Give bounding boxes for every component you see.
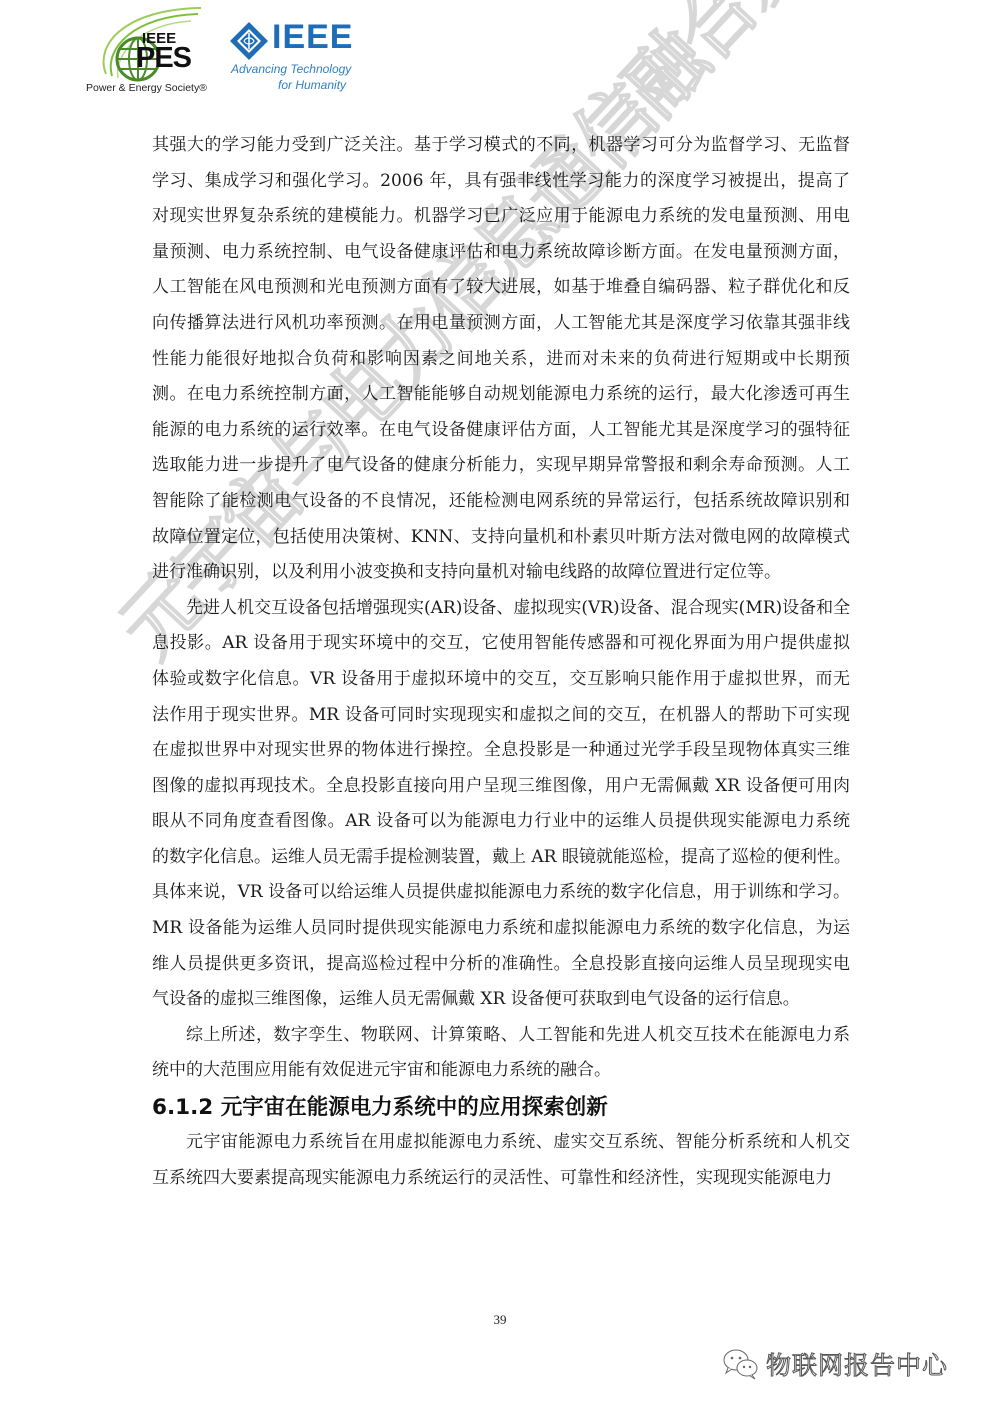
ieee-tagline-2: for Humanity <box>278 78 346 92</box>
paragraph-hci-devices: 先进人机交互设备包括增强现实(AR)设备、虚拟现实(VR)设备、混合现实(MR)… <box>152 591 850 1018</box>
text-line: 统中的大范围应用能有效促进元宇宙和能源电力系统的融合。 <box>152 1053 850 1089</box>
text-line: 眼从不同角度查看图像。AR 设备可以为能源电力行业中的运维人员提供现实能源电力系… <box>152 804 850 840</box>
text-line: 具体来说，VR 设备可以给运维人员提供虚拟能源电力系统的数字化信息，用于训练和学… <box>152 875 850 911</box>
pes-logo-pes-text: PES <box>136 42 191 75</box>
text-line: 选取能力进一步提升了电气设备的健康分析能力，实现早期异常警报和剩余寿命预测。人工 <box>152 448 850 484</box>
section-heading: 6.1.2 元宇宙在能源电力系统中的应用探索创新 <box>152 1091 850 1125</box>
footer-brand-label: 物联网报告中心 <box>766 1346 948 1382</box>
text-line: 对现实世界复杂系统的建模能力。机器学习已广泛应用于能源电力系统的发电量预测、用电 <box>152 199 850 235</box>
text-line: 的数字化信息。运维人员无需手提检测装置，戴上 AR 眼镜就能巡检，提高了巡检的便… <box>152 840 850 876</box>
text-line: 图像的虚拟再现技术。全息投影直接向用户呈现三维图像，用户无需佩戴 XR 设备便可… <box>152 769 850 805</box>
text-line: 故障位置定位，包括使用决策树、KNN、支持向量机和朴素贝叶斯方法对微电网的故障模… <box>152 520 850 556</box>
text-line: 学习、集成学习和强化学习。2006 年，具有强非线性学习能力的深度学习被提出，提… <box>152 164 850 200</box>
ieee-logo-word: IEEE <box>272 18 353 57</box>
document-body: 其强大的学习能力受到广泛关注。基于学习模式的不同，机器学习可分为监督学习、无监督… <box>152 128 850 1196</box>
wechat-icon <box>722 1348 760 1380</box>
text-line: 体验或数字化信息。VR 设备用于虚拟环境中的交互，交互影响只能作用于虚拟世界，而… <box>152 662 850 698</box>
text-line: 综上所述，数字孪生、物联网、计算策略、人工智能和先进人机交互技术在能源电力系 <box>152 1018 850 1054</box>
text-line: 法作用于现实世界。MR 设备可同时实现现实和虚拟之间的交互，在机器人的帮助下可实… <box>152 698 850 734</box>
paragraph-machine-learning: 其强大的学习能力受到广泛关注。基于学习模式的不同，机器学习可分为监督学习、无监督… <box>152 128 850 591</box>
text-line: 元宇宙能源电力系统旨在用虚拟能源电力系统、虚实交互系统、智能分析系统和人机交 <box>152 1125 850 1161</box>
text-line: 息投影。AR 设备用于现实环境中的交互，它使用智能传感器和可视化界面为用户提供虚… <box>152 626 850 662</box>
text-line: 向传播算法进行风机功率预测。在用电量预测方面，人工智能尤其是深度学习依靠其强非线 <box>152 306 850 342</box>
text-line: 量预测、电力系统控制、电气设备健康评估和电力系统故障诊断方面。在发电量预测方面， <box>152 235 850 271</box>
text-line: 测。在电力系统控制方面，人工智能能够自动规划能源电力系统的运行，最大化渗透可再生 <box>152 377 850 413</box>
text-line: 能源的电力系统的运行效率。在电气设备健康评估方面，人工智能尤其是深度学习的强特征 <box>152 413 850 449</box>
ieee-diamond-icon <box>228 20 270 62</box>
text-line: 进行准确识别，以及利用小波变换和支持向量机对输电线路的故障位置进行定位等。 <box>152 555 850 591</box>
text-line: 维人员提供更多资讯，提高巡检过程中分析的准确性。全息投影直接向运维人员呈现现实电 <box>152 947 850 983</box>
paragraph-section-intro: 元宇宙能源电力系统旨在用虚拟能源电力系统、虚实交互系统、智能分析系统和人机交互系… <box>152 1125 850 1196</box>
ieee-pes-logo: IEEE PES Power & Energy Society® <box>86 4 221 99</box>
ieee-tagline-1: Advancing Technology <box>231 62 351 76</box>
pes-logo-society-text: Power & Energy Society® <box>86 82 207 94</box>
text-line: 互系统四大要素提高现实能源电力系统运行的灵活性、可靠性和经济性，实现现实能源电力 <box>152 1161 850 1197</box>
text-line: 先进人机交互设备包括增强现实(AR)设备、虚拟现实(VR)设备、混合现实(MR)… <box>152 591 850 627</box>
paragraph-summary: 综上所述，数字孪生、物联网、计算策略、人工智能和先进人机交互技术在能源电力系统中… <box>152 1018 850 1089</box>
footer-brand: 物联网报告中心 <box>722 1346 948 1382</box>
text-line: 性能力能很好地拟合负荷和影响因素之间地关系，进而对未来的负荷进行短期或中长期预 <box>152 342 850 378</box>
text-line: 人工智能在风电预测和光电预测方面有了较大进展，如基于堆叠自编码器、粒子群优化和反 <box>152 270 850 306</box>
text-line: 在虚拟世界中对现实世界的物体进行操控。全息投影是一种通过光学手段呈现物体真实三维 <box>152 733 850 769</box>
text-line: MR 设备能为运维人员同时提供现实能源电力系统和虚拟能源电力系统的数字化信息，为… <box>152 911 850 947</box>
text-line: 其强大的学习能力受到广泛关注。基于学习模式的不同，机器学习可分为监督学习、无监督 <box>152 128 850 164</box>
page-number: 39 <box>0 1312 1000 1328</box>
text-line: 气设备的虚拟三维图像，运维人员无需佩戴 XR 设备便可获取到电气设备的运行信息。 <box>152 982 850 1018</box>
ieee-logo: IEEE Advancing Technology for Humanity <box>228 20 373 100</box>
text-line: 智能除了能检测电气设备的不良情况，还能检测电网系统的异常运行，包括系统故障识别和 <box>152 484 850 520</box>
